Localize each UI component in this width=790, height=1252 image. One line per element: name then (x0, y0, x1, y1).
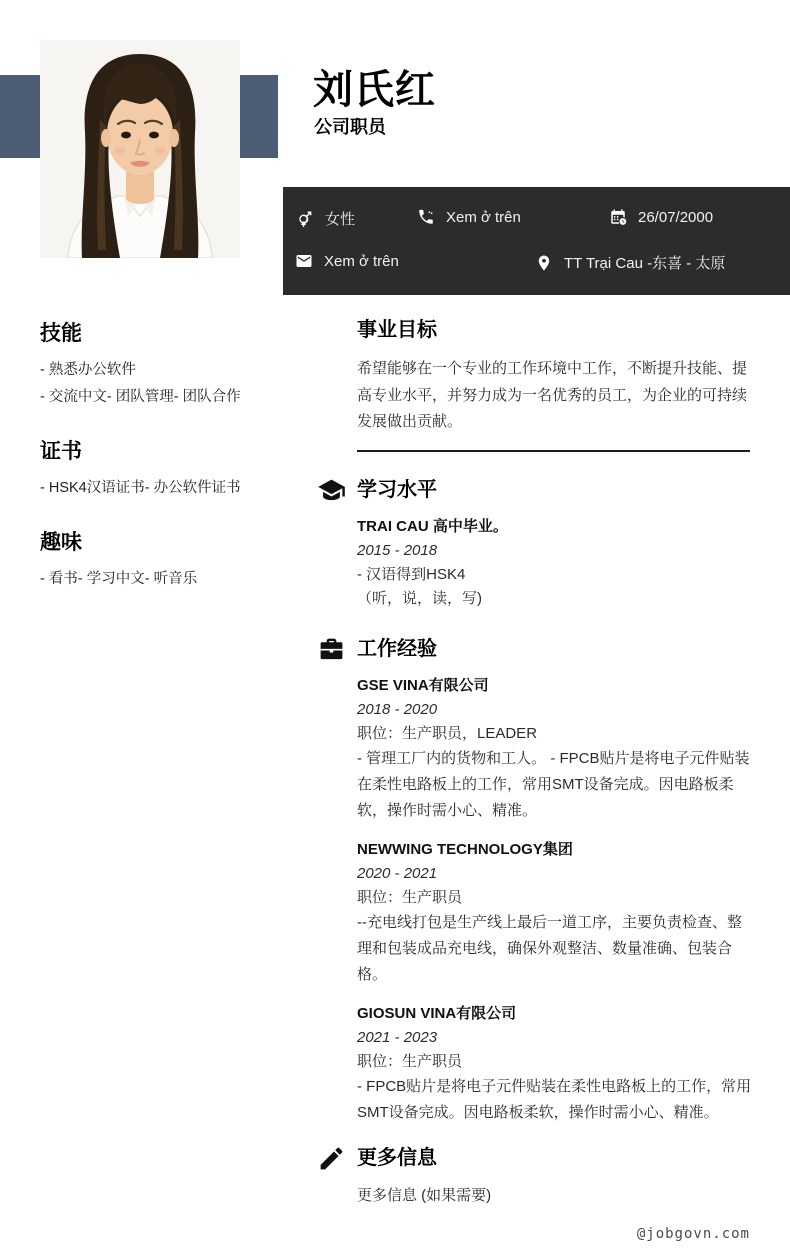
job-description: --充电线打包是生产线上最后一道工序，主要负责检查、整理和包装成品充电线，确保外… (357, 910, 753, 988)
job-position: 职位：生产职员 (357, 1050, 753, 1074)
list-item: - HSK4汉语证书- 办公软件证书 (40, 475, 295, 502)
list-item: - 看书- 学习中文- 听音乐 (40, 566, 295, 593)
skills-heading: 技能 (40, 320, 295, 348)
job-company: GSE VINA有限公司 (357, 674, 753, 698)
job-position: 职位：生产职员 (357, 886, 753, 910)
education-detail: （听，说，读，写) (357, 587, 753, 611)
list-item: - 交流中文- 团队管理- 团队合作 (40, 384, 295, 411)
job-description: - FPCB贴片是将电子元件贴装在柔性电路板上的工作，常用SMT设备完成。因电路… (357, 1074, 753, 1126)
job-company: GIOSUN VINA有限公司 (357, 1002, 753, 1026)
education-period: 2015 - 2018 (357, 539, 753, 563)
contact-birthday: 26/07/2000 (609, 208, 713, 226)
contact-gender: 女性 (296, 208, 355, 229)
more-info-text: 更多信息 (如果需要) (317, 1184, 753, 1205)
hobbies-heading: 趣味 (40, 529, 295, 557)
contact-phone: Xem ở trên (417, 208, 521, 226)
contact-email: Xem ở trên (295, 252, 399, 270)
job-company: NEWWING TECHNOLOGY集团 (357, 838, 753, 862)
contact-gender-value: 女性 (325, 208, 355, 229)
education-heading: 学习水平 (357, 476, 437, 504)
job-period: 2018 - 2020 (357, 698, 753, 722)
experience-section-header: 工作经验 (317, 635, 753, 664)
education-entry: TRAI CAU 高中毕业。 2015 - 2018 - 汉语得到HSK4 （听… (317, 515, 753, 611)
contact-bar: 女性 Xem ở trên 26/07/2000 Xem ở trên (283, 187, 790, 295)
objective-text: 希望能够在一个专业的工作环境中工作，不断提升技能、提高专业水平，并努力成为一名优… (317, 356, 753, 436)
more-info-heading: 更多信息 (357, 1144, 437, 1172)
section-divider (357, 450, 750, 452)
list-item: - 熟悉办公软件 (40, 357, 295, 384)
main-content: 事业目标 希望能够在一个专业的工作环境中工作，不断提升技能、提高专业水平，并努力… (317, 316, 753, 1205)
briefcase-icon (317, 635, 346, 664)
experience-heading: 工作经验 (357, 635, 437, 663)
certificates-heading: 证书 (40, 438, 295, 466)
certificates-list: - HSK4汉语证书- 办公软件证书 (40, 475, 295, 502)
job-entry: GIOSUN VINA有限公司 2021 - 2023 职位：生产职员 - FP… (357, 1002, 753, 1126)
decor-rect-left (0, 75, 40, 158)
envelope-icon (295, 252, 313, 270)
contact-birthday-value: 26/07/2000 (638, 209, 713, 226)
contact-address-value: TT Trại Cau -东喜 - 太原 (564, 252, 725, 273)
profile-photo (40, 40, 240, 258)
job-period: 2020 - 2021 (357, 862, 753, 886)
pencil-icon (317, 1144, 346, 1173)
job-entry: NEWWING TECHNOLOGY集团 2020 - 2021 职位：生产职员… (357, 838, 753, 988)
job-entry: GSE VINA有限公司 2018 - 2020 职位：生产职员，LEADER … (357, 674, 753, 824)
contact-address: TT Trại Cau -东喜 - 太原 (535, 252, 725, 273)
objective-heading: 事业目标 (317, 316, 753, 344)
contact-email-value: Xem ở trên (324, 253, 399, 270)
calendar-icon (609, 208, 627, 226)
job-description: - 管理工厂内的货物和工人。 - FPCB贴片是将电子元件贴装在柔性电路板上的工… (357, 746, 753, 824)
job-period: 2021 - 2023 (357, 1026, 753, 1050)
job-position: 职位：生产职员，LEADER (357, 722, 753, 746)
location-pin-icon (535, 254, 553, 272)
portrait-illustration (40, 40, 240, 258)
hobbies-list: - 看书- 学习中文- 听音乐 (40, 566, 295, 593)
education-detail: - 汉语得到HSK4 (357, 563, 753, 587)
experience-entries: GSE VINA有限公司 2018 - 2020 职位：生产职员，LEADER … (317, 674, 753, 1126)
candidate-name: 刘氏红 (313, 58, 436, 115)
decor-rect-right (240, 75, 278, 158)
graduation-cap-icon (317, 476, 346, 505)
resume-page: 刘氏红 公司职员 女性 Xem ở trên 26/07/2000 (0, 0, 790, 1252)
skills-list: - 熟悉办公软件 - 交流中文- 团队管理- 团队合作 (40, 357, 295, 411)
sidebar: 技能 - 熟悉办公软件 - 交流中文- 团队管理- 团队合作 证书 - HSK4… (40, 320, 295, 620)
more-info-section-header: 更多信息 (317, 1144, 753, 1173)
candidate-title: 公司职员 (314, 113, 386, 139)
phone-icon (417, 208, 435, 226)
gender-icon (296, 210, 314, 228)
watermark: @jobgovn.com (637, 1226, 750, 1242)
contact-phone-value: Xem ở trên (446, 209, 521, 226)
education-school: TRAI CAU 高中毕业。 (357, 515, 753, 539)
education-section-header: 学习水平 (317, 476, 753, 505)
